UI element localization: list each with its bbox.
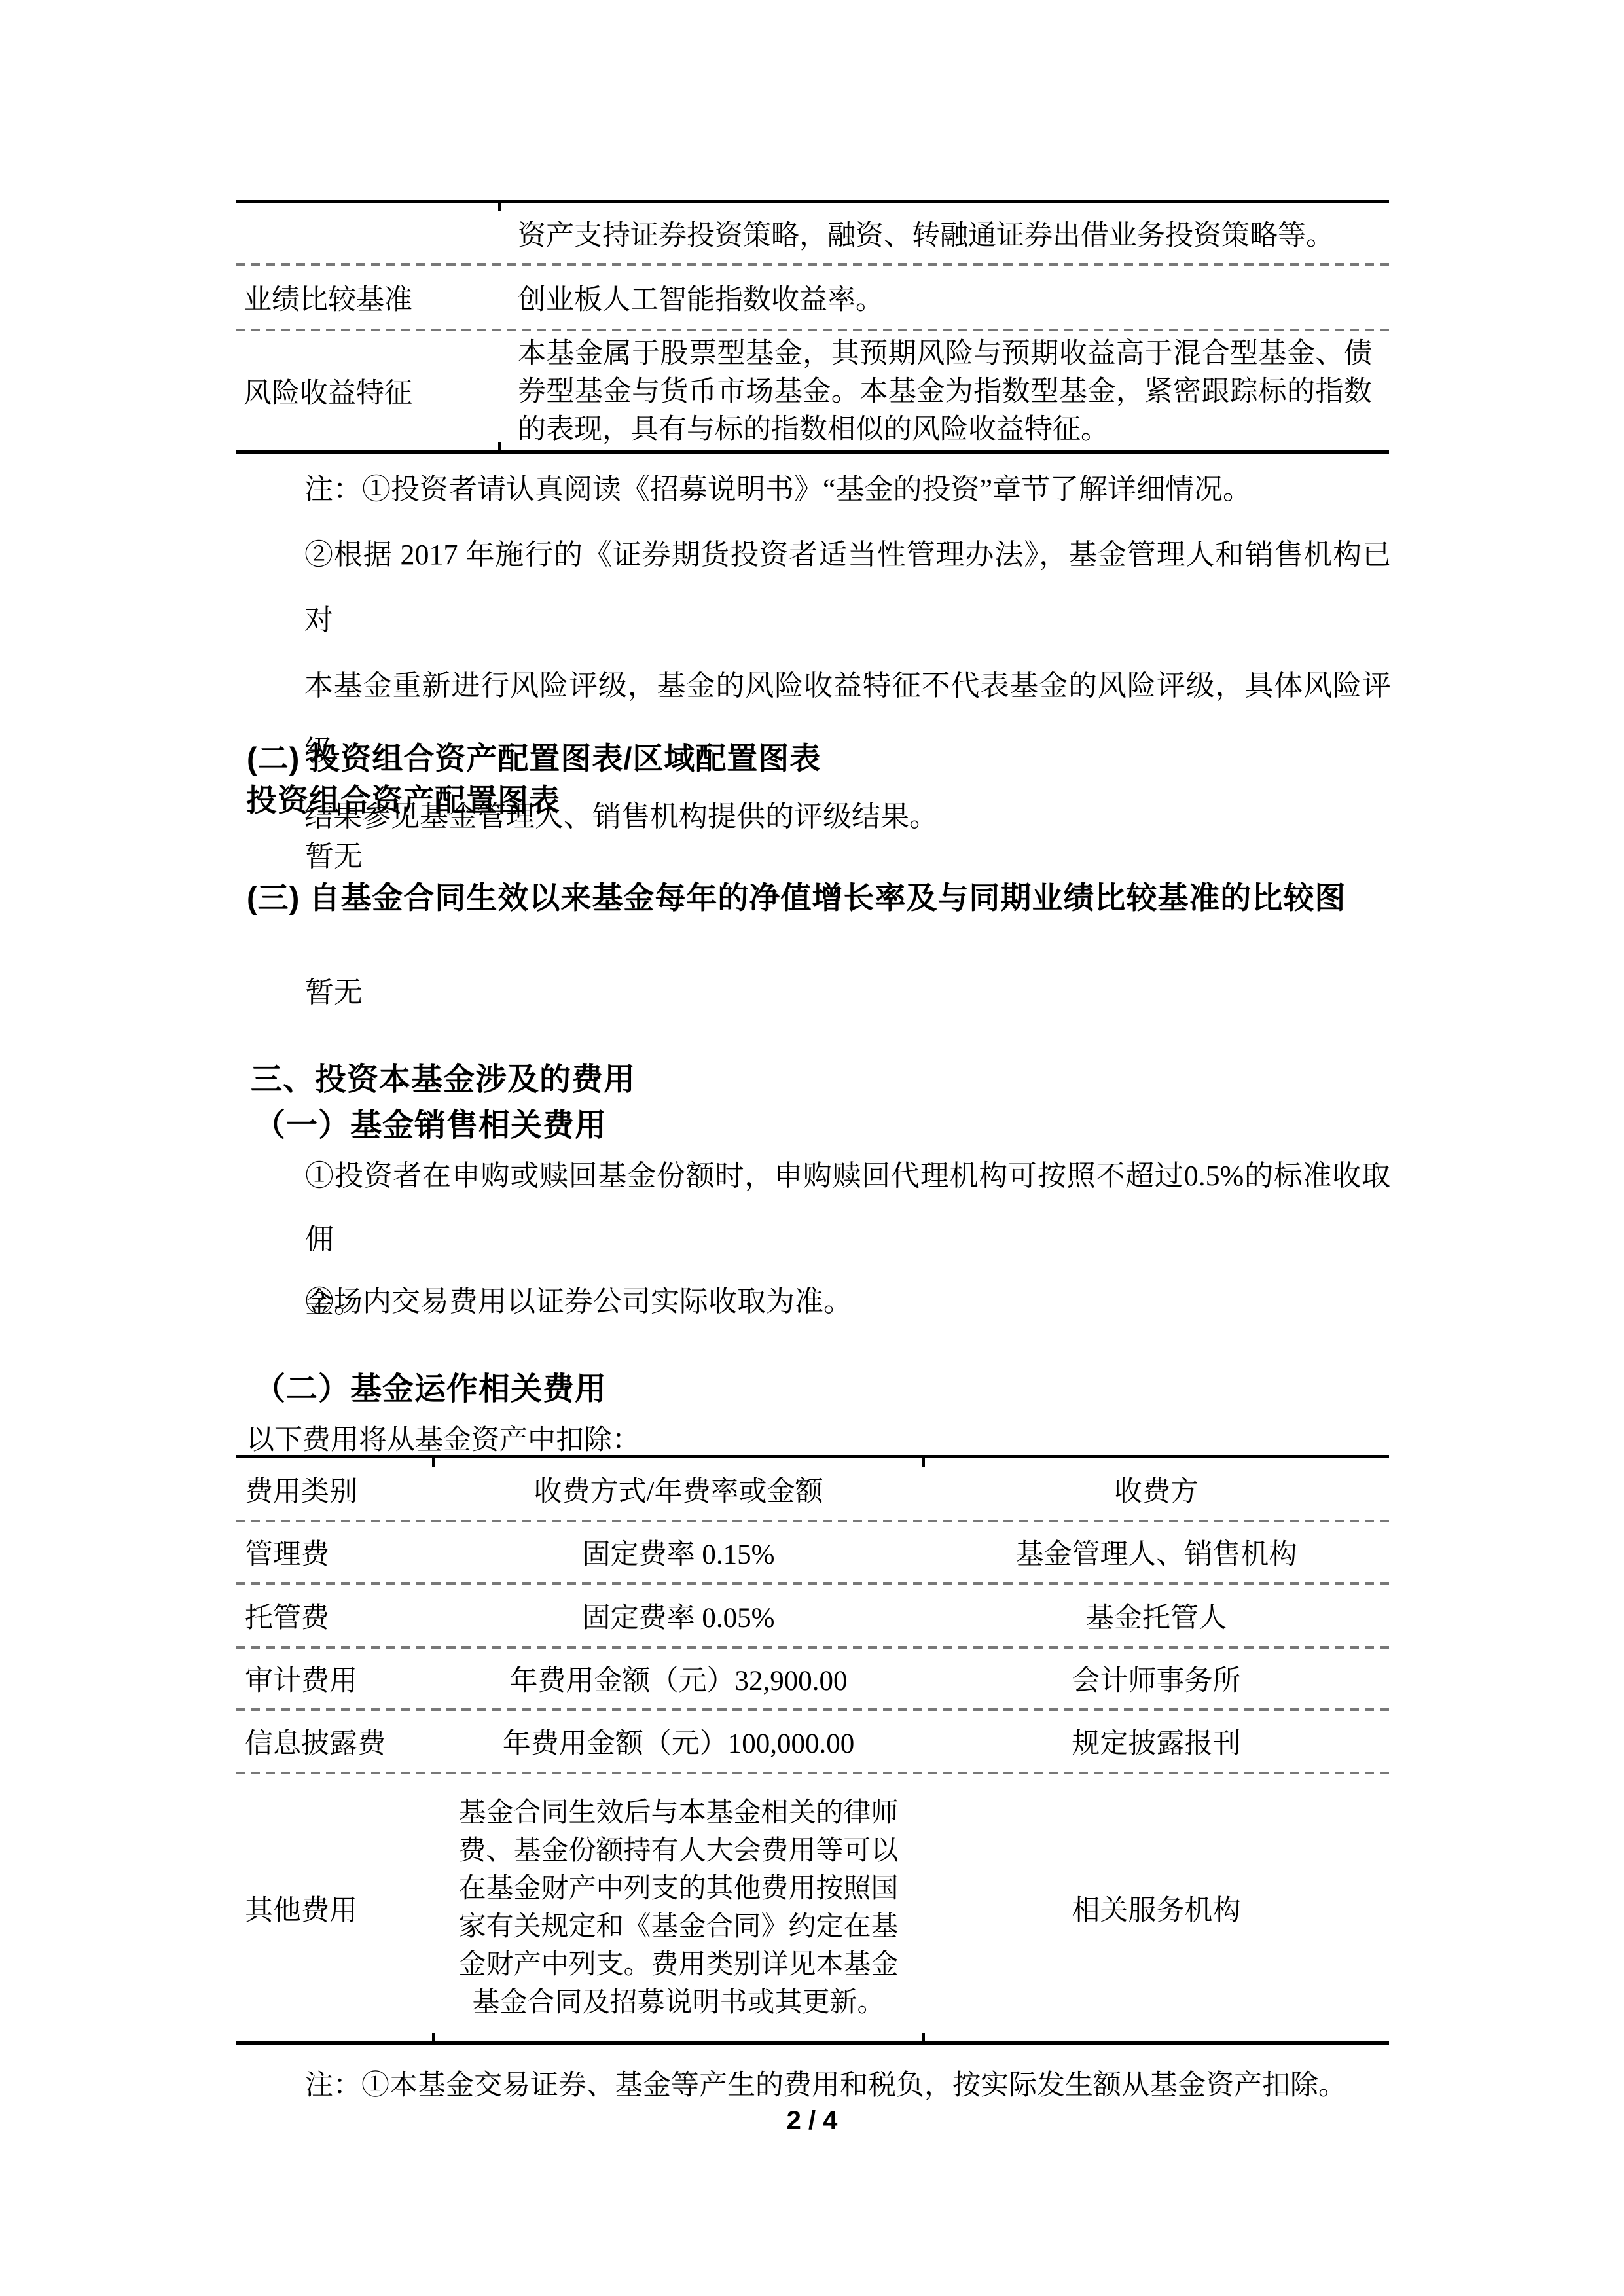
table-bottom-border bbox=[236, 450, 1389, 454]
cell-payee: 基金托管人 bbox=[924, 1585, 1389, 1646]
empty-placeholder: 暂无 bbox=[305, 969, 363, 1011]
cell-category: 托管费 bbox=[236, 1585, 433, 1646]
table-top-border bbox=[236, 1455, 1389, 1458]
fee-table-row: 信息披露费 年费用金额（元）100,000.00 规定披露报刊 bbox=[236, 1711, 1389, 1772]
table-bottom-border bbox=[236, 2041, 1389, 2045]
row-label: 风险收益特征 bbox=[236, 331, 499, 450]
cell-method: 年费用金额（元）100,000.00 bbox=[433, 1711, 924, 1772]
cell-payee: 相关服务机构 bbox=[924, 1774, 1389, 2041]
column-divider-tick bbox=[432, 1458, 435, 1467]
column-divider-tick bbox=[432, 2033, 435, 2041]
cell-payee: 基金管理人、销售机构 bbox=[924, 1522, 1389, 1582]
row-label: 业绩比较基准 bbox=[236, 266, 499, 329]
chapter-heading-fees: 三、投资本基金涉及的费用 bbox=[251, 1054, 636, 1099]
note-line: 注：①投资者请认真阅读《招募说明书》“基金的投资”章节了解详细情况。 bbox=[304, 457, 1391, 522]
row-content: 创业板人工智能指数收益率。 bbox=[499, 266, 1389, 329]
fee-table-note: 注：①本基金交易证券、基金等产生的费用和税负，按实际发生额从基金资产扣除。 bbox=[305, 2063, 1418, 2103]
table-row: 资产支持证券投资策略，融资、转融通证券出借业务投资策略等。 bbox=[236, 203, 1389, 263]
fee-table-header-row: 费用类别 收费方式/年费率或金额 收费方 bbox=[236, 1458, 1389, 1520]
row-content: 本基金属于股票型基金，其预期风险与预期收益高于混合型基金、债券型基金与货币市场基… bbox=[499, 331, 1389, 450]
cell-category: 其他费用 bbox=[236, 1774, 433, 2041]
header-category: 费用类别 bbox=[236, 1458, 433, 1520]
row-content: 资产支持证券投资策略，融资、转融通证券出借业务投资策略等。 bbox=[499, 203, 1389, 263]
cell-method: 年费用金额（元）32,900.00 bbox=[433, 1649, 924, 1708]
empty-placeholder: 暂无 bbox=[305, 833, 363, 874]
row-label bbox=[236, 203, 499, 263]
column-divider-tick bbox=[922, 1458, 925, 1467]
subsection-heading-sales-fees: （一）基金销售相关费用 bbox=[254, 1100, 607, 1145]
document-page: { "table1": { "rows": [ { "label": "", "… bbox=[0, 0, 1624, 2296]
fee-table-row: 其他费用 基金合同生效后与本基金相关的律师费、基金份额持有人大会费用等可以在基金… bbox=[236, 1774, 1389, 2041]
column-divider-tick bbox=[498, 203, 501, 211]
cell-method-text: 基金合同生效后与本基金相关的律师费、基金份额持有人大会费用等可以在基金财产中列支… bbox=[453, 1794, 905, 2022]
column-divider-tick bbox=[498, 442, 501, 450]
header-payee: 收费方 bbox=[924, 1458, 1389, 1520]
sales-fee-paragraph-2: ②场内交易费用以证券公司实际收取为准。 bbox=[305, 1270, 1390, 1333]
fee-table-row: 管理费 固定费率 0.15% 基金管理人、销售机构 bbox=[236, 1522, 1389, 1582]
paragraph-line: ①投资者在申购或赎回基金份额时，申购赎回代理机构可按照不超过0.5%的标准收取佣 bbox=[305, 1144, 1390, 1271]
section-heading-2: (二) 投资组合资产配置图表/区域配置图表 bbox=[247, 734, 821, 778]
section-heading-3: (三) 自基金合同生效以来基金每年的净值增长率及与同期业绩比较基准的比较图 bbox=[247, 877, 1418, 919]
subsection-heading-operating-fees: （二）基金运作相关费用 bbox=[254, 1363, 607, 1408]
cell-category: 信息披露费 bbox=[236, 1711, 433, 1772]
fee-table: 费用类别 收费方式/年费率或金额 收费方 管理费 固定费率 0.15% 基金管理… bbox=[236, 1455, 1389, 2045]
fee-table-intro: 以下费用将从基金资产中扣除： bbox=[246, 1418, 640, 1458]
cell-method: 固定费率 0.05% bbox=[433, 1585, 924, 1646]
section-subheading: 投资组合资产配置图表 bbox=[246, 776, 560, 820]
cell-category: 审计费用 bbox=[236, 1649, 433, 1708]
fee-table-row: 托管费 固定费率 0.05% 基金托管人 bbox=[236, 1585, 1389, 1646]
fund-summary-table: 资产支持证券投资策略，融资、转融通证券出借业务投资策略等。 业绩比较基准 创业板… bbox=[236, 200, 1389, 454]
page-number: 2 / 4 bbox=[0, 2106, 1624, 2136]
cell-method: 基金合同生效后与本基金相关的律师费、基金份额持有人大会费用等可以在基金财产中列支… bbox=[433, 1774, 924, 2041]
column-divider-tick bbox=[922, 2033, 925, 2041]
cell-payee: 规定披露报刊 bbox=[924, 1711, 1389, 1772]
cell-payee: 会计师事务所 bbox=[924, 1649, 1389, 1708]
note-line: ②根据 2017 年施行的《证券期货投资者适当性管理办法》，基金管理人和销售机构… bbox=[304, 522, 1391, 653]
cell-category: 管理费 bbox=[236, 1522, 433, 1582]
table-top-border bbox=[236, 200, 1389, 203]
cell-method: 固定费率 0.15% bbox=[433, 1522, 924, 1582]
table-row: 风险收益特征 本基金属于股票型基金，其预期风险与预期收益高于混合型基金、债券型基… bbox=[236, 331, 1389, 450]
table-row: 业绩比较基准 创业板人工智能指数收益率。 bbox=[236, 266, 1389, 329]
header-method: 收费方式/年费率或金额 bbox=[433, 1458, 924, 1520]
fee-table-row: 审计费用 年费用金额（元）32,900.00 会计师事务所 bbox=[236, 1649, 1389, 1708]
